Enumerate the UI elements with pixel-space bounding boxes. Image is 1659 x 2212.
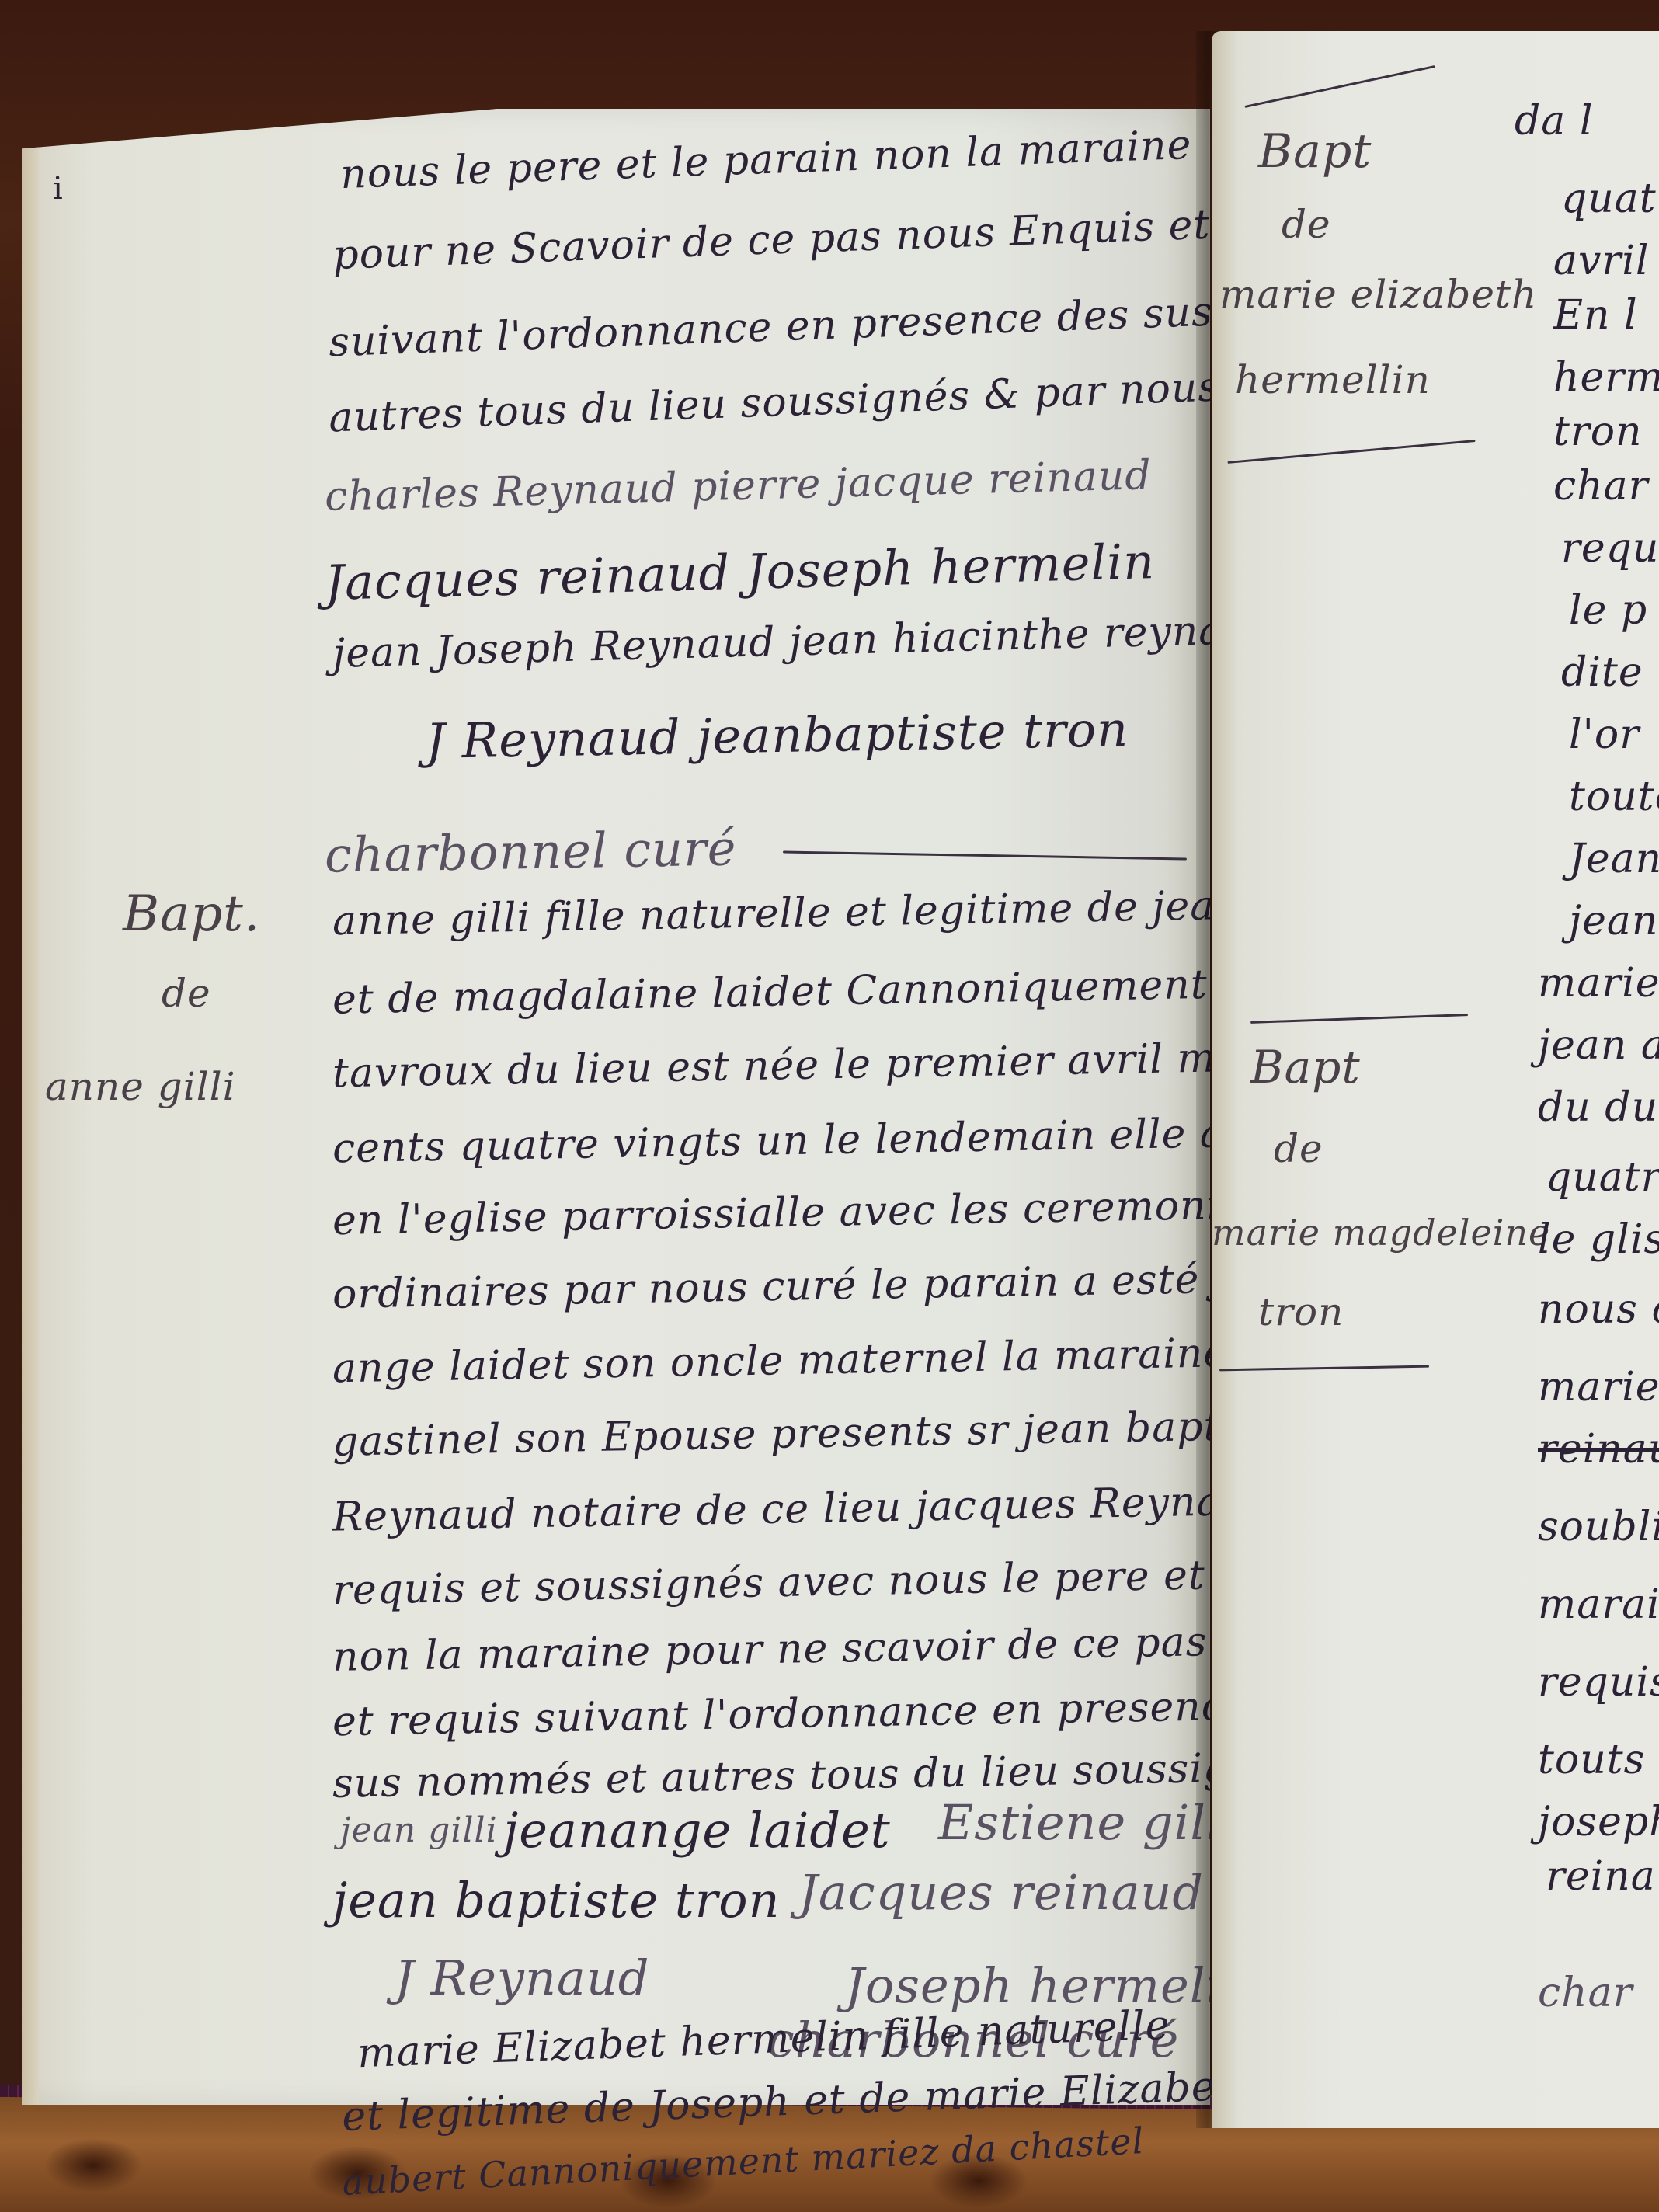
page-mark: i <box>53 171 63 207</box>
margin-name: anne gilli <box>45 1064 236 1109</box>
text-fragment: touts du <box>1538 1740 1659 1780</box>
text-line: anne gilli fille naturelle et legitime d… <box>332 885 1243 941</box>
left-page: i nous le pere et le parain non la marai… <box>22 109 1210 2105</box>
text-fragment: hermi <box>1553 357 1659 398</box>
right-text-column: da l quat avril En l hermi tron char req… <box>1212 31 1659 2128</box>
struck-text-fragment: reinaud <box>1538 1429 1659 1469</box>
text-fragment: jean ang <box>1538 1025 1659 1066</box>
text-fragment: l'or <box>1569 715 1640 755</box>
signature: jeanange laidet <box>503 1802 891 1859</box>
text-fragment: le glise <box>1538 1219 1659 1260</box>
curate-signature: char <box>1538 1973 1633 2013</box>
signature: Estiene gilli <box>938 1794 1239 1851</box>
text-fragment: quat <box>1561 179 1657 219</box>
separator-rule <box>783 850 1187 860</box>
text-line: autres tous du lieu soussignés & par nou… <box>328 363 1328 439</box>
signature: jean gilli <box>340 1814 498 1848</box>
margin-de: de <box>162 971 211 1016</box>
text-fragment: soubline <box>1538 1507 1659 1547</box>
text-fragment: jean <box>1569 901 1658 941</box>
text-fragment: requis <box>1538 1662 1659 1702</box>
text-line: ange laidet son oncle maternel la marain… <box>332 1331 1345 1389</box>
curate-signature: charbonnel curé <box>324 819 737 883</box>
text-fragment: requ <box>1561 528 1659 569</box>
text-fragment: da l <box>1515 101 1593 141</box>
text-fragment: char <box>1553 466 1648 506</box>
text-line: et requis suivant l'ordonnance en presen… <box>332 1685 1337 1743</box>
text-line: ordinaires par nous curé le parain a est… <box>332 1257 1303 1315</box>
text-fragment: toute <box>1569 777 1659 817</box>
text-fragment: tron <box>1553 412 1643 452</box>
text-fragment: marie m <box>1538 1367 1659 1407</box>
text-fragment: du due <box>1538 1087 1659 1128</box>
text-fragment: marie <box>1538 963 1659 1003</box>
text-fragment: En l <box>1553 295 1638 336</box>
text-line: tavroux du lieu est née le premier avril… <box>332 1036 1348 1094</box>
text-fragment: reina <box>1546 1856 1656 1897</box>
signature-line: J Reynaud jeanbaptiste tron <box>425 701 1129 770</box>
right-page: Bapt de marie elizabeth hermellin Bapt d… <box>1212 31 1659 2128</box>
text-fragment: avril <box>1553 241 1650 281</box>
signature: Jacques reinaud <box>798 1864 1204 1921</box>
signature-line: jean Joseph Reynaud jean hiacinthe reyna… <box>332 609 1278 674</box>
text-line: gastinel son Epouse presents sr jean bap… <box>332 1405 1298 1462</box>
signature: jean baptiste tron <box>332 1872 781 1929</box>
signature-line: Jacques reinaud Joseph hermelin <box>324 533 1156 611</box>
text-fragment: Jean <box>1569 839 1659 879</box>
text-line: en l'eglise parroissialle avec les cerem… <box>332 1184 1322 1241</box>
signature-line: charles Reynaud pierre jacque reinaud <box>325 455 1153 517</box>
text-fragment: maraine <box>1538 1584 1659 1625</box>
text-fragment: quatre <box>1546 1157 1659 1198</box>
signature: J Reynaud <box>395 1949 649 2006</box>
text-fragment: le p <box>1569 590 1647 631</box>
text-fragment: joseph Co <box>1538 1802 1659 1842</box>
margin-bapt: Bapt. <box>123 885 260 943</box>
text-line: nous le pere et le parain non la maraine <box>339 125 1192 195</box>
text-fragment: nous cu <box>1538 1289 1659 1330</box>
signature: Joseph hermelin <box>845 1957 1254 2014</box>
text-fragment: dite <box>1561 652 1643 693</box>
